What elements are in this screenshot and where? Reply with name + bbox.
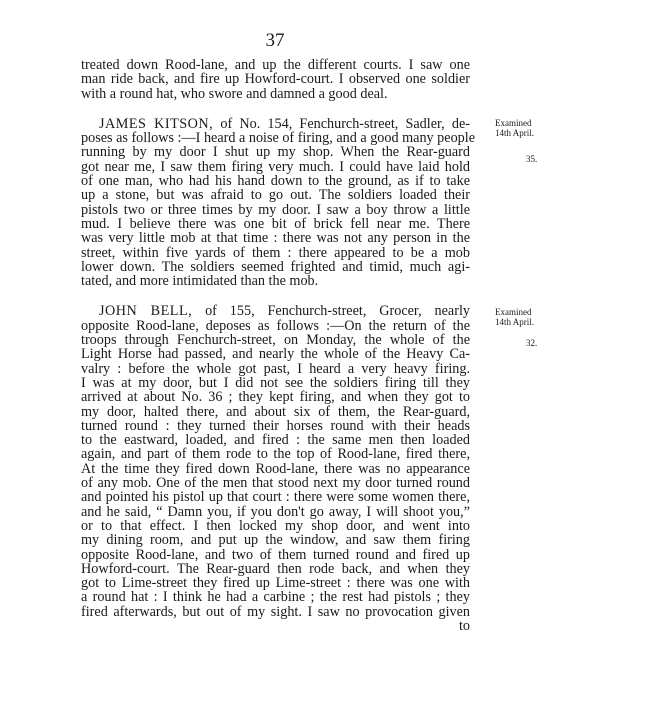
margin-date: 14th April.: [495, 128, 534, 138]
paragraph-james-kitson: JAMES KITSON, of No. 154, Fenchurch-stre…: [81, 117, 470, 289]
text-line: of any mob. One of the men that stood ne…: [81, 476, 470, 490]
margin-date: 14th April.: [495, 317, 534, 327]
text-line: opposite Rood-lane, deposes as follows :…: [81, 319, 470, 333]
paragraph-continuation: treated down Rood-lane, and up the diffe…: [81, 58, 470, 101]
text-line: my dining room, and put up the window, a…: [81, 533, 470, 547]
text-line: of one man, who had his hand down to the…: [81, 174, 470, 188]
text-line: a round hat : I think he had a carbine ;…: [81, 590, 470, 604]
text-line: to the eastward, loaded, and fired : the…: [81, 433, 470, 447]
text-line: and he said, “ Damn you, if you don't go…: [81, 505, 470, 519]
paragraph-john-bell: JOHN BELL, of 155, Fenchurch-street, Gro…: [81, 304, 470, 633]
catchword: to: [81, 619, 470, 633]
text-line: tated, and more intimidated than the mob…: [81, 274, 470, 288]
text-line: JAMES KITSON, of No. 154, Fenchurch-stre…: [81, 117, 470, 131]
text-line: got to Lime-street they fired up Lime-st…: [81, 576, 470, 590]
text-line: troops through Fenchurch-street, on Mond…: [81, 333, 470, 347]
text-line: treated down Rood-lane, and up the diffe…: [81, 58, 470, 72]
text-line: I was at my door, but I did not see the …: [81, 376, 470, 390]
text-line: lower down. The soldiers seemed frighted…: [81, 260, 470, 274]
text-line: my door, halted there, and about six of …: [81, 405, 470, 419]
margin-note-kitson: Examined 14th April.: [495, 118, 534, 138]
body-text: treated down Rood-lane, and up the diffe…: [81, 58, 470, 633]
text-line: opposite Rood-lane, and two of them turn…: [81, 548, 470, 562]
text-line: arrived at about No. 36 ; they kept firi…: [81, 390, 470, 404]
text-line: and pointed his pistol up that court : t…: [81, 490, 470, 504]
margin-age-kitson: 35.: [526, 154, 537, 164]
text-line: Howford-court. The Rear-guard then rode …: [81, 562, 470, 576]
margin-examined: Examined: [495, 307, 534, 317]
text-line: pistols two or three times by my door. I…: [81, 203, 470, 217]
text-line: fired afterwards, but out of my sight. I…: [81, 605, 470, 619]
text-line: again, and part of them rode to the top …: [81, 447, 470, 461]
text-line: JOHN BELL, of 155, Fenchurch-street, Gro…: [81, 304, 470, 318]
text-line: turned round : they turned their horses …: [81, 419, 470, 433]
text-line: mud. I believe there was one bit of bric…: [81, 217, 470, 231]
text-line: Light Horse had passed, and nearly the w…: [81, 347, 470, 361]
margin-note-bell: Examined 14th April.: [495, 307, 534, 327]
text-line: or to that effect. I then locked my shop…: [81, 519, 470, 533]
text-line: poses as follows :—I heard a noise of fi…: [81, 131, 470, 145]
text-line: with a round hat, who swore and damned a…: [81, 87, 470, 101]
text-line: valry : before the whole got past, I hea…: [81, 362, 470, 376]
margin-examined: Examined: [495, 118, 534, 128]
text-line: up a stone, but was afraid to go out. Th…: [81, 188, 470, 202]
text-line: got near me, I saw them firing very much…: [81, 160, 470, 174]
text-line: man ride back, and fire up Howford-court…: [81, 72, 470, 86]
text-line: street, within five yards of them : ther…: [81, 246, 470, 260]
text-line: At the time they fired down Rood-lane, t…: [81, 462, 470, 476]
text-line: running by my door I shut up my shop. Wh…: [81, 145, 470, 159]
margin-age-bell: 32.: [526, 338, 537, 348]
text-line: was very little mob at that time : there…: [81, 231, 470, 245]
page-number: 37: [0, 30, 550, 52]
